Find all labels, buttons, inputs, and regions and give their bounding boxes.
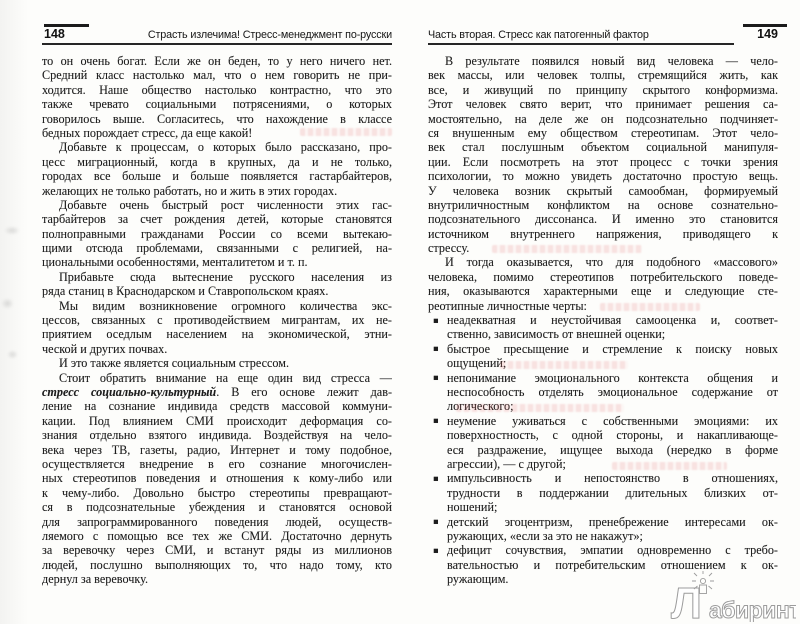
paragraph: Стоит обратить внимание на еще один вид …	[42, 371, 392, 587]
page-scan-shadow	[0, 0, 28, 624]
text-line: для запрограммированного поведения людей…	[42, 515, 392, 529]
text-line: осуществляется внедрение в его сознание …	[42, 457, 392, 471]
text-line: щими отсюда проблемами, связанными с рел…	[42, 241, 392, 255]
paragraph: И это также является социальным стрессом…	[42, 356, 392, 370]
text-line: полноправными гражданами России со всеми…	[42, 227, 392, 241]
bullet-list-item: ▪ неумение уживаться с собственными эмоц…	[428, 414, 778, 472]
text-line: ческой и других почвах.	[42, 342, 392, 356]
bullet-square-icon: ▪	[433, 545, 439, 557]
text-line: век массы, или человек толпы, стремящийс…	[428, 68, 778, 82]
text-line: ляемого с помощью все тех же СМИ. Достат…	[42, 529, 392, 543]
running-header-title: Страсть излечима! Стресс-менеджмент по-р…	[148, 29, 392, 41]
text-line: ощущений;	[447, 356, 778, 370]
scan-smudge	[1, 298, 14, 309]
text-line: логического;	[447, 399, 778, 413]
text-line: к чему-либо. Довольно быстро стереотипы …	[42, 486, 392, 500]
text-line: стресс социально-культурный. В его основ…	[42, 385, 392, 399]
text-line: поверхностность, с одной стороны, и нака…	[447, 428, 778, 442]
header-rule	[42, 43, 392, 45]
text-line: ся в подсознательные убеждения и становя…	[42, 500, 392, 514]
text-line: источником внутреннего напряжения, приво…	[428, 227, 778, 241]
text-line: импульсивность и непостоянство в отношен…	[447, 471, 778, 485]
text-line: непонимание эмоционального контекста общ…	[447, 371, 778, 385]
text-line: ружающим.	[447, 572, 778, 586]
text-line: века через ТВ, газеты, радио, Интернет и…	[42, 443, 392, 457]
page-number: 149	[757, 27, 778, 41]
scan-smudge	[7, 350, 18, 359]
text-line: тарбайтеров за счет рождения детей, кото…	[42, 212, 392, 226]
text-line: людей, послушно выполняющих то, что надо…	[42, 558, 392, 572]
text-line: знания отдельно взятого индивида. Воздей…	[42, 428, 392, 442]
text-line: цесс миграционный, когда в крупных, да и…	[42, 155, 392, 169]
text-line: неспособность отделять эмоциональное сод…	[447, 385, 778, 399]
bullet-list-item: ▪ неадекватная и неустойчивая самооценка…	[428, 313, 778, 342]
text-line: ственно, зависимость от внешней оценки;	[447, 327, 778, 341]
text-line: цессов, связанных с противодействием миг…	[42, 313, 392, 327]
text-line: Добавьте к процессам, о которых было рас…	[42, 140, 392, 154]
book-page-right: Часть вторая. Стресс как патогенный факт…	[428, 0, 778, 624]
text-line: ния, оказываются характерными еще и след…	[428, 284, 778, 298]
scan-smudge	[4, 226, 20, 235]
text-line: также чревато социальными потрясениями, …	[42, 97, 392, 111]
text-line: ных стереотипов поведения и отношения к …	[42, 471, 392, 485]
page-text: В результате появился новый вид человека…	[428, 54, 778, 586]
text-line: неадекватная и неустойчивая самооценка и…	[447, 313, 778, 327]
text-line: дернул за веревочку.	[42, 572, 392, 586]
bullet-square-icon: ▪	[433, 343, 439, 355]
text-segment: . В его основе лежит дав-	[216, 385, 392, 399]
bullet-square-icon: ▪	[433, 415, 439, 427]
paragraph: Добавьте очень быстрый рост численности …	[42, 198, 392, 270]
text-line: человека, помимо стереотипов потребитель…	[428, 270, 778, 284]
bullet-square-icon: ▪	[433, 372, 439, 384]
header-rule	[428, 43, 734, 45]
text-line: бедных порождает стресс, да еще какой!	[42, 126, 392, 140]
text-line: циональными особенностями, менталитетом …	[42, 255, 392, 269]
text-line: Средний класс настолько мал, что о нем г…	[42, 68, 392, 82]
text-line: Стоит обратить внимание на еще один вид …	[42, 371, 392, 385]
text-line: городах все больше и больше появляется г…	[42, 169, 392, 183]
bullet-square-icon: ▪	[433, 516, 439, 528]
text-line: ружающих, «если за это не накажут»;	[447, 529, 778, 543]
text-line: трудности в поддержании длительных близк…	[447, 486, 778, 500]
paragraph: Добавьте к процессам, о которых было рас…	[42, 140, 392, 198]
text-line: еся раздражение, ищущее выхода (нередко …	[447, 443, 778, 457]
text-line: В результате появился новый вид человека…	[428, 54, 778, 68]
text-line: ряда станиц в Краснодарском и Ставрополь…	[42, 284, 392, 298]
text-line: вательностью и потребительским отношение…	[447, 558, 778, 572]
text-line: ся внушенным ему обществом стереотипам. …	[428, 126, 778, 140]
text-line: У человека возник скрытый самообман, фор…	[428, 184, 778, 198]
bullet-list-item: ▪ детский эгоцентризм, пренебрежение инт…	[428, 515, 778, 544]
text-line: психологии, то можно увидеть достаточно …	[428, 169, 778, 183]
paragraph: то он очень богат. Если же он беден, то …	[42, 54, 392, 140]
text-line: агрессии), — с другой;	[447, 457, 778, 471]
bullet-list-item: ▪ быстрое пресыщение и стремление к поис…	[428, 342, 778, 371]
text-line: ции. Если посмотреть на этот процесс с т…	[428, 155, 778, 169]
text-line: мостоятельно, на деле же он подсознатель…	[428, 112, 778, 126]
paragraph: Мы видим возникновение огромного количес…	[42, 299, 392, 357]
page-text: то он очень богат. Если же он беден, то …	[42, 54, 392, 586]
text-line: ление на сознание индивида средств массо…	[42, 399, 392, 413]
bullet-list-item: ▪ непонимание эмоционального контекста о…	[428, 371, 778, 414]
text-line: И это также является социальным стрессом…	[42, 356, 392, 370]
text-line: Этот человек свято верит, что принимает …	[428, 97, 778, 111]
text-line: приятием оседлым населением на экономиче…	[42, 327, 392, 341]
book-page-left: 148 Страсть излечима! Стресс-менеджмент …	[42, 0, 392, 624]
text-line: быстрое пресыщение и стремление к поиску…	[447, 342, 778, 356]
text-line: реотипные личностные черты:	[428, 299, 778, 313]
text-line: Прибавьте сюда вытеснение русского насел…	[42, 270, 392, 284]
paragraph: В результате появился новый вид человека…	[428, 54, 778, 255]
text-line: ходится. Наше общество настолько контрас…	[42, 83, 392, 97]
running-header-title: Часть вторая. Стресс как патогенный факт…	[428, 29, 649, 41]
paragraph: И тогда оказывается, что для подобного «…	[428, 255, 778, 313]
text-line: кации. Под влиянием СМИ происходит дефор…	[42, 414, 392, 428]
text-line: неумение уживаться с собственными эмоция…	[447, 414, 778, 428]
bullet-square-icon: ▪	[433, 473, 439, 485]
text-line: Добавьте очень быстрый рост численности …	[42, 198, 392, 212]
bullet-list-item: ▪ дефицит сочувствия, эмпатии одновремен…	[428, 543, 778, 586]
text-line: желающих не только работать, но и жить в…	[42, 184, 392, 198]
bullet-square-icon: ▪	[433, 315, 439, 327]
text-line: дефицит сочувствия, эмпатии одновременно…	[447, 543, 778, 557]
text-line: стрессу.	[428, 241, 778, 255]
text-line: И тогда оказывается, что для подобного «…	[428, 255, 778, 269]
text-line: говорилось выше. Согласитесь, что нахожд…	[42, 112, 392, 126]
emphasized-term: стресс социально-культурный	[42, 385, 216, 399]
page-number: 148	[44, 27, 65, 41]
text-line: то он очень богат. Если же он беден, то …	[42, 54, 392, 68]
text-line: век стал послушным объектом социальной м…	[428, 140, 778, 154]
text-line: Мы видим возникновение огромного количес…	[42, 299, 392, 313]
text-line: подсознательного диссонанса. И именно эт…	[428, 212, 778, 226]
text-line: детский эгоцентризм, пренебрежение интер…	[447, 515, 778, 529]
paragraph: Прибавьте сюда вытеснение русского насел…	[42, 270, 392, 299]
text-line: все, и живущий по принципу скрытого конф…	[428, 83, 778, 97]
text-line: ношений;	[447, 500, 778, 514]
text-line: за веревочку через СМИ, и встанут ряды и…	[42, 543, 392, 557]
text-line: внутриличностным конфликтом на основе со…	[428, 198, 778, 212]
bullet-list-item: ▪ импульсивность и непостоянство в отнош…	[428, 471, 778, 514]
